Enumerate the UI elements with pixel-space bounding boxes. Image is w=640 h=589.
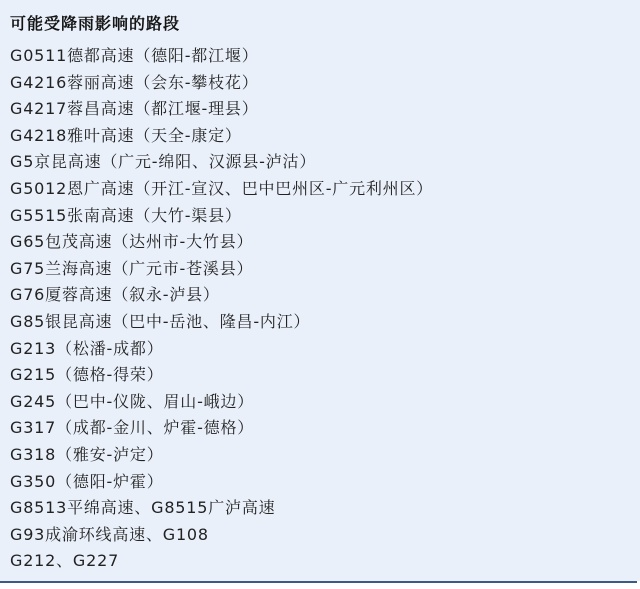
- road-item: G4217蓉昌高速（都江堰-理县）: [10, 96, 628, 123]
- road-item: G5京昆高速（广元-绵阳、汉源县-泸沽）: [10, 149, 628, 176]
- road-item: G5515张南高速（大竹-渠县）: [10, 203, 628, 230]
- affected-roads-panel: 可能受降雨影响的路段 G0511德都高速（德阳-都江堰） G4216蓉丽高速（会…: [0, 0, 640, 581]
- road-item: G65包茂高速（达州市-大竹县）: [10, 229, 628, 256]
- road-item: G317（成都-金川、炉霍-德格）: [10, 415, 628, 442]
- road-item: G0511德都高速（德阳-都江堰）: [10, 43, 628, 70]
- road-item: G76厦蓉高速（叙永-泸县）: [10, 282, 628, 309]
- road-item: G245（巴中-仪陇、眉山-峨边）: [10, 389, 628, 416]
- road-item: G75兰海高速（广元市-苍溪县）: [10, 256, 628, 283]
- road-item: G350（德阳-炉霍）: [10, 469, 628, 496]
- affected-roads-page: 可能受降雨影响的路段 G0511德都高速（德阳-都江堰） G4216蓉丽高速（会…: [0, 0, 640, 589]
- road-item: G5012恩广高速（开江-宣汉、巴中巴州区-广元利州区）: [10, 176, 628, 203]
- road-item: G213（松潘-成都）: [10, 336, 628, 363]
- road-item: G212、G227: [10, 548, 628, 575]
- road-item: G4218雅叶高速（天全-康定）: [10, 123, 628, 150]
- section-title: 可能受降雨影响的路段: [10, 14, 628, 34]
- road-item: G4216蓉丽高速（会东-攀枝花）: [10, 70, 628, 97]
- bottom-margin: [0, 583, 640, 589]
- road-item: G318（雅安-泸定）: [10, 442, 628, 469]
- road-item: G215（德格-得荣）: [10, 362, 628, 389]
- road-item: G93成渝环线高速、G108: [10, 522, 628, 549]
- road-item: G85银昆高速（巴中-岳池、隆昌-内江）: [10, 309, 628, 336]
- road-item: G8513平绵高速、G8515广泸高速: [10, 495, 628, 522]
